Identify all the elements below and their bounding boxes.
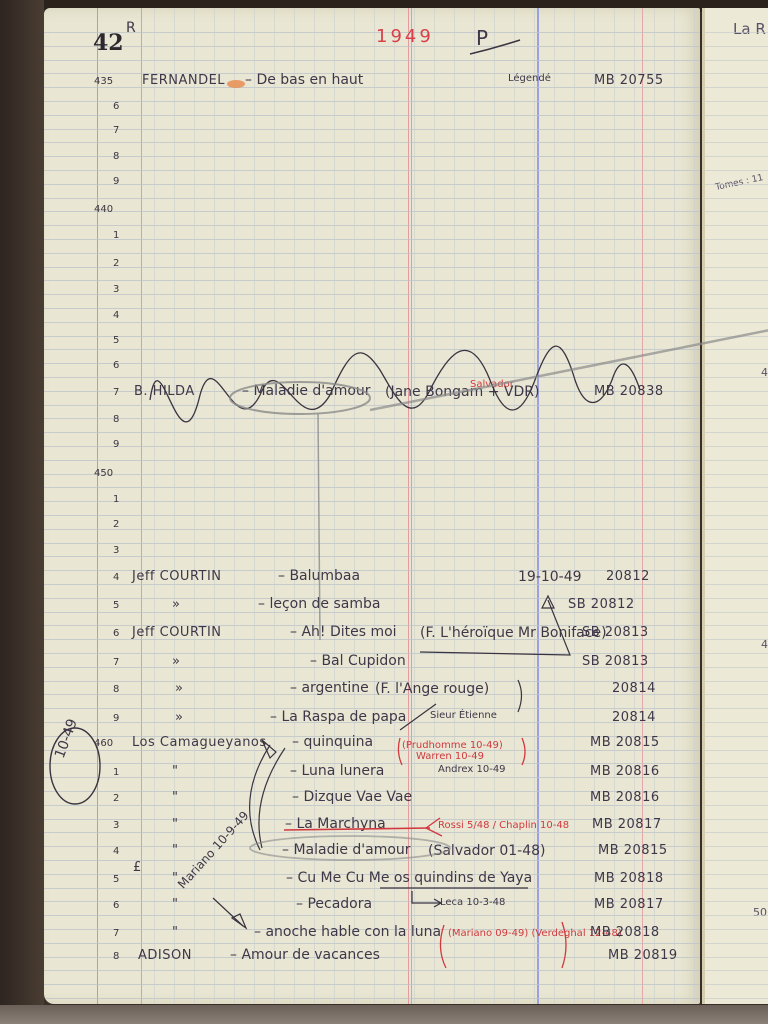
ruled-line [705, 432, 768, 433]
line-number: 9 [113, 439, 119, 450]
ruled-line [44, 529, 700, 530]
desk-background-left [0, 0, 44, 1024]
line-number: 440 [94, 204, 113, 215]
ruled-line [705, 832, 768, 833]
artist-name: " [172, 764, 178, 779]
ruled-line [44, 239, 700, 240]
ruled-line [705, 667, 768, 668]
red-annotation: Warren 10-49 [416, 751, 484, 762]
grid-line [194, 8, 195, 1004]
ruled-line [705, 322, 768, 323]
catalog-number: 20814 [612, 681, 656, 696]
ruled-line [705, 73, 768, 74]
ruled-line [705, 363, 768, 364]
ruled-line [44, 280, 700, 281]
entry-note: (F. L'héroïque Mr Boniface) [420, 625, 607, 641]
ruled-line [44, 832, 700, 833]
ruled-line [44, 267, 700, 268]
red-column-line-2 [411, 8, 412, 1004]
ruled-line [705, 639, 768, 640]
ruled-line [705, 225, 768, 226]
artist-name: » [172, 597, 180, 612]
ruled-line [44, 998, 700, 999]
ruled-line [705, 819, 768, 820]
ruled-line [705, 501, 768, 502]
ruled-line [705, 211, 768, 212]
catalog-number: MB 20818 [594, 871, 664, 886]
ruled-line [44, 584, 700, 585]
line-number: 3 [113, 820, 119, 831]
ruled-line [705, 556, 768, 557]
entry-note: Légendé [508, 73, 551, 84]
red-margin-line [97, 8, 98, 1004]
line-number: 8 [113, 951, 119, 962]
grid-line [234, 8, 235, 1004]
line-number: 6 [113, 360, 119, 371]
red-annotation: (Prudhomme 10-49) [402, 740, 503, 751]
ruled-line [44, 446, 700, 447]
ruled-line [705, 625, 768, 626]
artist-name: » [175, 710, 183, 725]
song-title: – Maladie d'amour [282, 842, 411, 858]
ruled-line [705, 418, 768, 419]
line-number: 1 [113, 767, 119, 778]
ruled-line [705, 736, 768, 737]
ruled-line [705, 750, 768, 751]
ruled-line [705, 722, 768, 723]
ruled-line [705, 777, 768, 778]
catalog-number: MB 20816 [590, 790, 660, 805]
ruled-line [705, 584, 768, 585]
ruled-line [44, 970, 700, 971]
ruled-line [705, 267, 768, 268]
ruled-line [44, 170, 700, 171]
ruled-line [705, 998, 768, 999]
ruled-line [44, 60, 700, 61]
artist-name: Jeff COURTIN [132, 625, 222, 640]
line-number: 5 [113, 600, 119, 611]
ruled-line [705, 515, 768, 516]
ruled-line [705, 957, 768, 958]
catalog-number: 20812 [606, 569, 650, 584]
artist-name: " [172, 925, 178, 940]
catalog-number: 20814 [612, 710, 656, 725]
ruled-line [44, 460, 700, 461]
ruled-line [44, 432, 700, 433]
artist-name: ADISON [138, 948, 192, 963]
entry-note: 19-10-49 [518, 569, 582, 585]
ruled-line [705, 487, 768, 488]
ruled-line [705, 791, 768, 792]
ruled-line [705, 239, 768, 240]
line-number: 3 [113, 545, 119, 556]
line-number: 4 [113, 846, 119, 857]
next-page-margin-number: 50 [753, 906, 767, 919]
ruled-line [705, 129, 768, 130]
line-number: 5 [113, 874, 119, 885]
ruled-line [705, 405, 768, 406]
artist-name: Jeff COURTIN [132, 569, 222, 584]
line-number: 3 [113, 284, 119, 295]
catalog-number: MB 20815 [598, 843, 668, 858]
ruled-line [705, 570, 768, 571]
ruled-line [705, 874, 768, 875]
catalog-number: MB 20838 [594, 384, 664, 399]
ruled-line [44, 556, 700, 557]
grid-line [274, 8, 275, 1004]
ruled-line [44, 142, 700, 143]
ruled-line [705, 184, 768, 185]
song-title: – argentine [290, 680, 369, 696]
song-title: – Cu Me Cu Me os quindins de Yaya [286, 870, 532, 886]
ruled-line [44, 363, 700, 364]
ruled-line [705, 860, 768, 861]
ruled-line [705, 915, 768, 916]
ruled-line [705, 612, 768, 613]
ruled-line [705, 474, 768, 475]
ruled-line [44, 681, 700, 682]
artist-name: " [172, 790, 178, 805]
ruled-line [705, 653, 768, 654]
ruled-line [44, 349, 700, 350]
ruled-line [705, 805, 768, 806]
ruled-line [705, 294, 768, 295]
ruled-line [44, 294, 700, 295]
ruled-line [44, 943, 700, 944]
line-number: 6 [113, 101, 119, 112]
entry-note: (Salvador 01-48) [428, 843, 545, 859]
grid-line [674, 8, 675, 1004]
red-annotation: Rossi 5/48 / Chaplin 10-48 [438, 820, 569, 831]
ruled-line [44, 308, 700, 309]
ruled-line [705, 929, 768, 930]
ruled-line [44, 253, 700, 254]
line-number: 9 [113, 176, 119, 187]
ruled-line [705, 598, 768, 599]
line-number: 460 [94, 738, 113, 749]
ruled-line [705, 888, 768, 889]
catalog-number: SB 20813 [582, 625, 649, 640]
ruled-line [44, 101, 700, 102]
song-title: – La Raspa de papa [270, 709, 406, 725]
artist-name: " [172, 843, 178, 858]
artist-name: " [172, 897, 178, 912]
ruled-line [705, 970, 768, 971]
artist-name: FERNANDEL [142, 73, 225, 88]
ruled-line [44, 32, 700, 33]
line-number: 6 [113, 628, 119, 639]
artist-name: » [175, 681, 183, 696]
red-annotation: Salvador [470, 379, 514, 390]
line-number: 2 [113, 519, 119, 530]
catalog-number: SB 20812 [568, 597, 635, 612]
catalog-number: MB 20817 [594, 897, 664, 912]
next-page-header: La R [733, 20, 766, 38]
catalog-number: MB 20817 [592, 817, 662, 832]
page-number: 42 [93, 30, 124, 56]
ruled-line [44, 198, 700, 199]
entry-note: Sieur Étienne [430, 710, 497, 721]
line-number: 1 [113, 494, 119, 505]
line-number: 9 [113, 713, 119, 724]
grid-line [254, 8, 255, 1004]
catalog-number: MB 20816 [590, 764, 660, 779]
catalog-number: SB 20813 [582, 654, 649, 669]
ruled-line [44, 515, 700, 516]
line-number: 6 [113, 900, 119, 911]
ruled-line [705, 681, 768, 682]
ruled-line [44, 184, 700, 185]
line-number: 7 [113, 387, 119, 398]
ruled-line [44, 543, 700, 544]
catalog-number: MB 20755 [594, 73, 664, 88]
line-number: 8 [113, 684, 119, 695]
line-number: 2 [113, 793, 119, 804]
ruled-line [705, 60, 768, 61]
grid-line [554, 8, 555, 1004]
entry-note: (F. l'Ange rouge) [375, 681, 489, 697]
line-number: 8 [113, 151, 119, 162]
grid-line [574, 8, 575, 1004]
line-number: 2 [113, 258, 119, 269]
entry-note: Andrex 10-49 [438, 764, 506, 775]
ruled-line [705, 846, 768, 847]
ruled-line [705, 943, 768, 944]
song-title: – anoche hable con la luna [254, 924, 441, 940]
ruled-line [44, 915, 700, 916]
ruled-line [705, 543, 768, 544]
ruled-line [705, 377, 768, 378]
ruled-line [44, 405, 700, 406]
ruled-line [705, 984, 768, 985]
song-title: – Maladie d'amour [242, 383, 371, 399]
ruled-line [44, 984, 700, 985]
ruled-line [705, 280, 768, 281]
line-number: 1 [113, 230, 119, 241]
ruled-line [44, 46, 700, 47]
line-number: 4 [113, 572, 119, 583]
ruled-line [705, 46, 768, 47]
ruled-line [705, 391, 768, 392]
entry-note: Leca 10-3-48 [440, 897, 505, 908]
song-title: – quinquina [292, 734, 373, 750]
line-number: 8 [113, 414, 119, 425]
red-margin-line-2 [141, 8, 142, 1004]
ruled-line [705, 87, 768, 88]
ruled-line [44, 487, 700, 488]
ruled-line [705, 32, 768, 33]
ruled-line [705, 142, 768, 143]
ruled-line [705, 446, 768, 447]
ruled-line [705, 901, 768, 902]
line-number: 7 [113, 657, 119, 668]
song-title: – Amour de vacances [230, 947, 380, 963]
ruled-line [44, 377, 700, 378]
ruled-line [705, 253, 768, 254]
ruled-line [44, 888, 700, 889]
song-title: – Balumbaa [278, 568, 360, 584]
page-mark: R [126, 20, 136, 36]
artist-name: » [172, 654, 180, 669]
ruled-line [705, 336, 768, 337]
song-title: – Luna lunera [290, 763, 384, 779]
artist-name: Los Camagueyanos [132, 735, 267, 750]
artist-name: B. HILDA [134, 384, 195, 399]
ruled-line [44, 418, 700, 419]
line-number: 450 [94, 468, 113, 479]
section-letter: P [476, 26, 488, 50]
ruled-line [705, 708, 768, 709]
song-title: – Pecadora [296, 896, 372, 912]
ruled-line [705, 198, 768, 199]
ruled-line [705, 763, 768, 764]
desk-background-bottom [0, 1005, 768, 1024]
line-number: 7 [113, 125, 119, 136]
next-page-edge: La R Tomes : 11 4 4 50 [702, 8, 768, 1004]
song-title: – leçon de samba [258, 596, 380, 612]
artist-name: " [172, 817, 178, 832]
ruled-line [44, 211, 700, 212]
ruled-line [44, 115, 700, 116]
ruled-line [44, 156, 700, 157]
catalog-number: MB 20818 [590, 925, 660, 940]
ruled-line [705, 156, 768, 157]
ruled-line [705, 529, 768, 530]
grid-line [594, 8, 595, 1004]
song-title: – De bas en haut [245, 72, 363, 88]
ruled-line [44, 694, 700, 695]
line-number: 435 [94, 76, 113, 87]
ruled-line [705, 694, 768, 695]
grid-line [154, 8, 155, 1004]
ruled-line [705, 308, 768, 309]
song-title: – Bal Cupidon [310, 653, 406, 669]
catalog-number: MB 20815 [590, 735, 660, 750]
ruled-line [705, 349, 768, 350]
ruled-line [705, 460, 768, 461]
line-number: 5 [113, 335, 119, 346]
ruled-line [705, 115, 768, 116]
ruled-line [44, 322, 700, 323]
ruled-line [705, 170, 768, 171]
line-number: 7 [113, 928, 119, 939]
ruled-line [44, 474, 700, 475]
ruled-line [705, 101, 768, 102]
ruled-line [44, 129, 700, 130]
song-title: – Dizque Vae Vae [292, 789, 412, 805]
ruled-line [44, 336, 700, 337]
song-title: – Ah! Dites moi [290, 624, 397, 640]
grid-line [414, 8, 415, 1004]
line-number: 4 [113, 310, 119, 321]
left-mark: £ [133, 860, 141, 875]
catalog-number: MB 20819 [608, 948, 678, 963]
ruled-line [44, 501, 700, 502]
ruled-line [44, 225, 700, 226]
grid-line [694, 8, 695, 1004]
year-heading: 1949 [376, 26, 434, 47]
song-title: – La Marchyna [285, 816, 386, 832]
entry-note: (Jane Bongam + VDR) [385, 384, 539, 400]
ruled-line [44, 860, 700, 861]
